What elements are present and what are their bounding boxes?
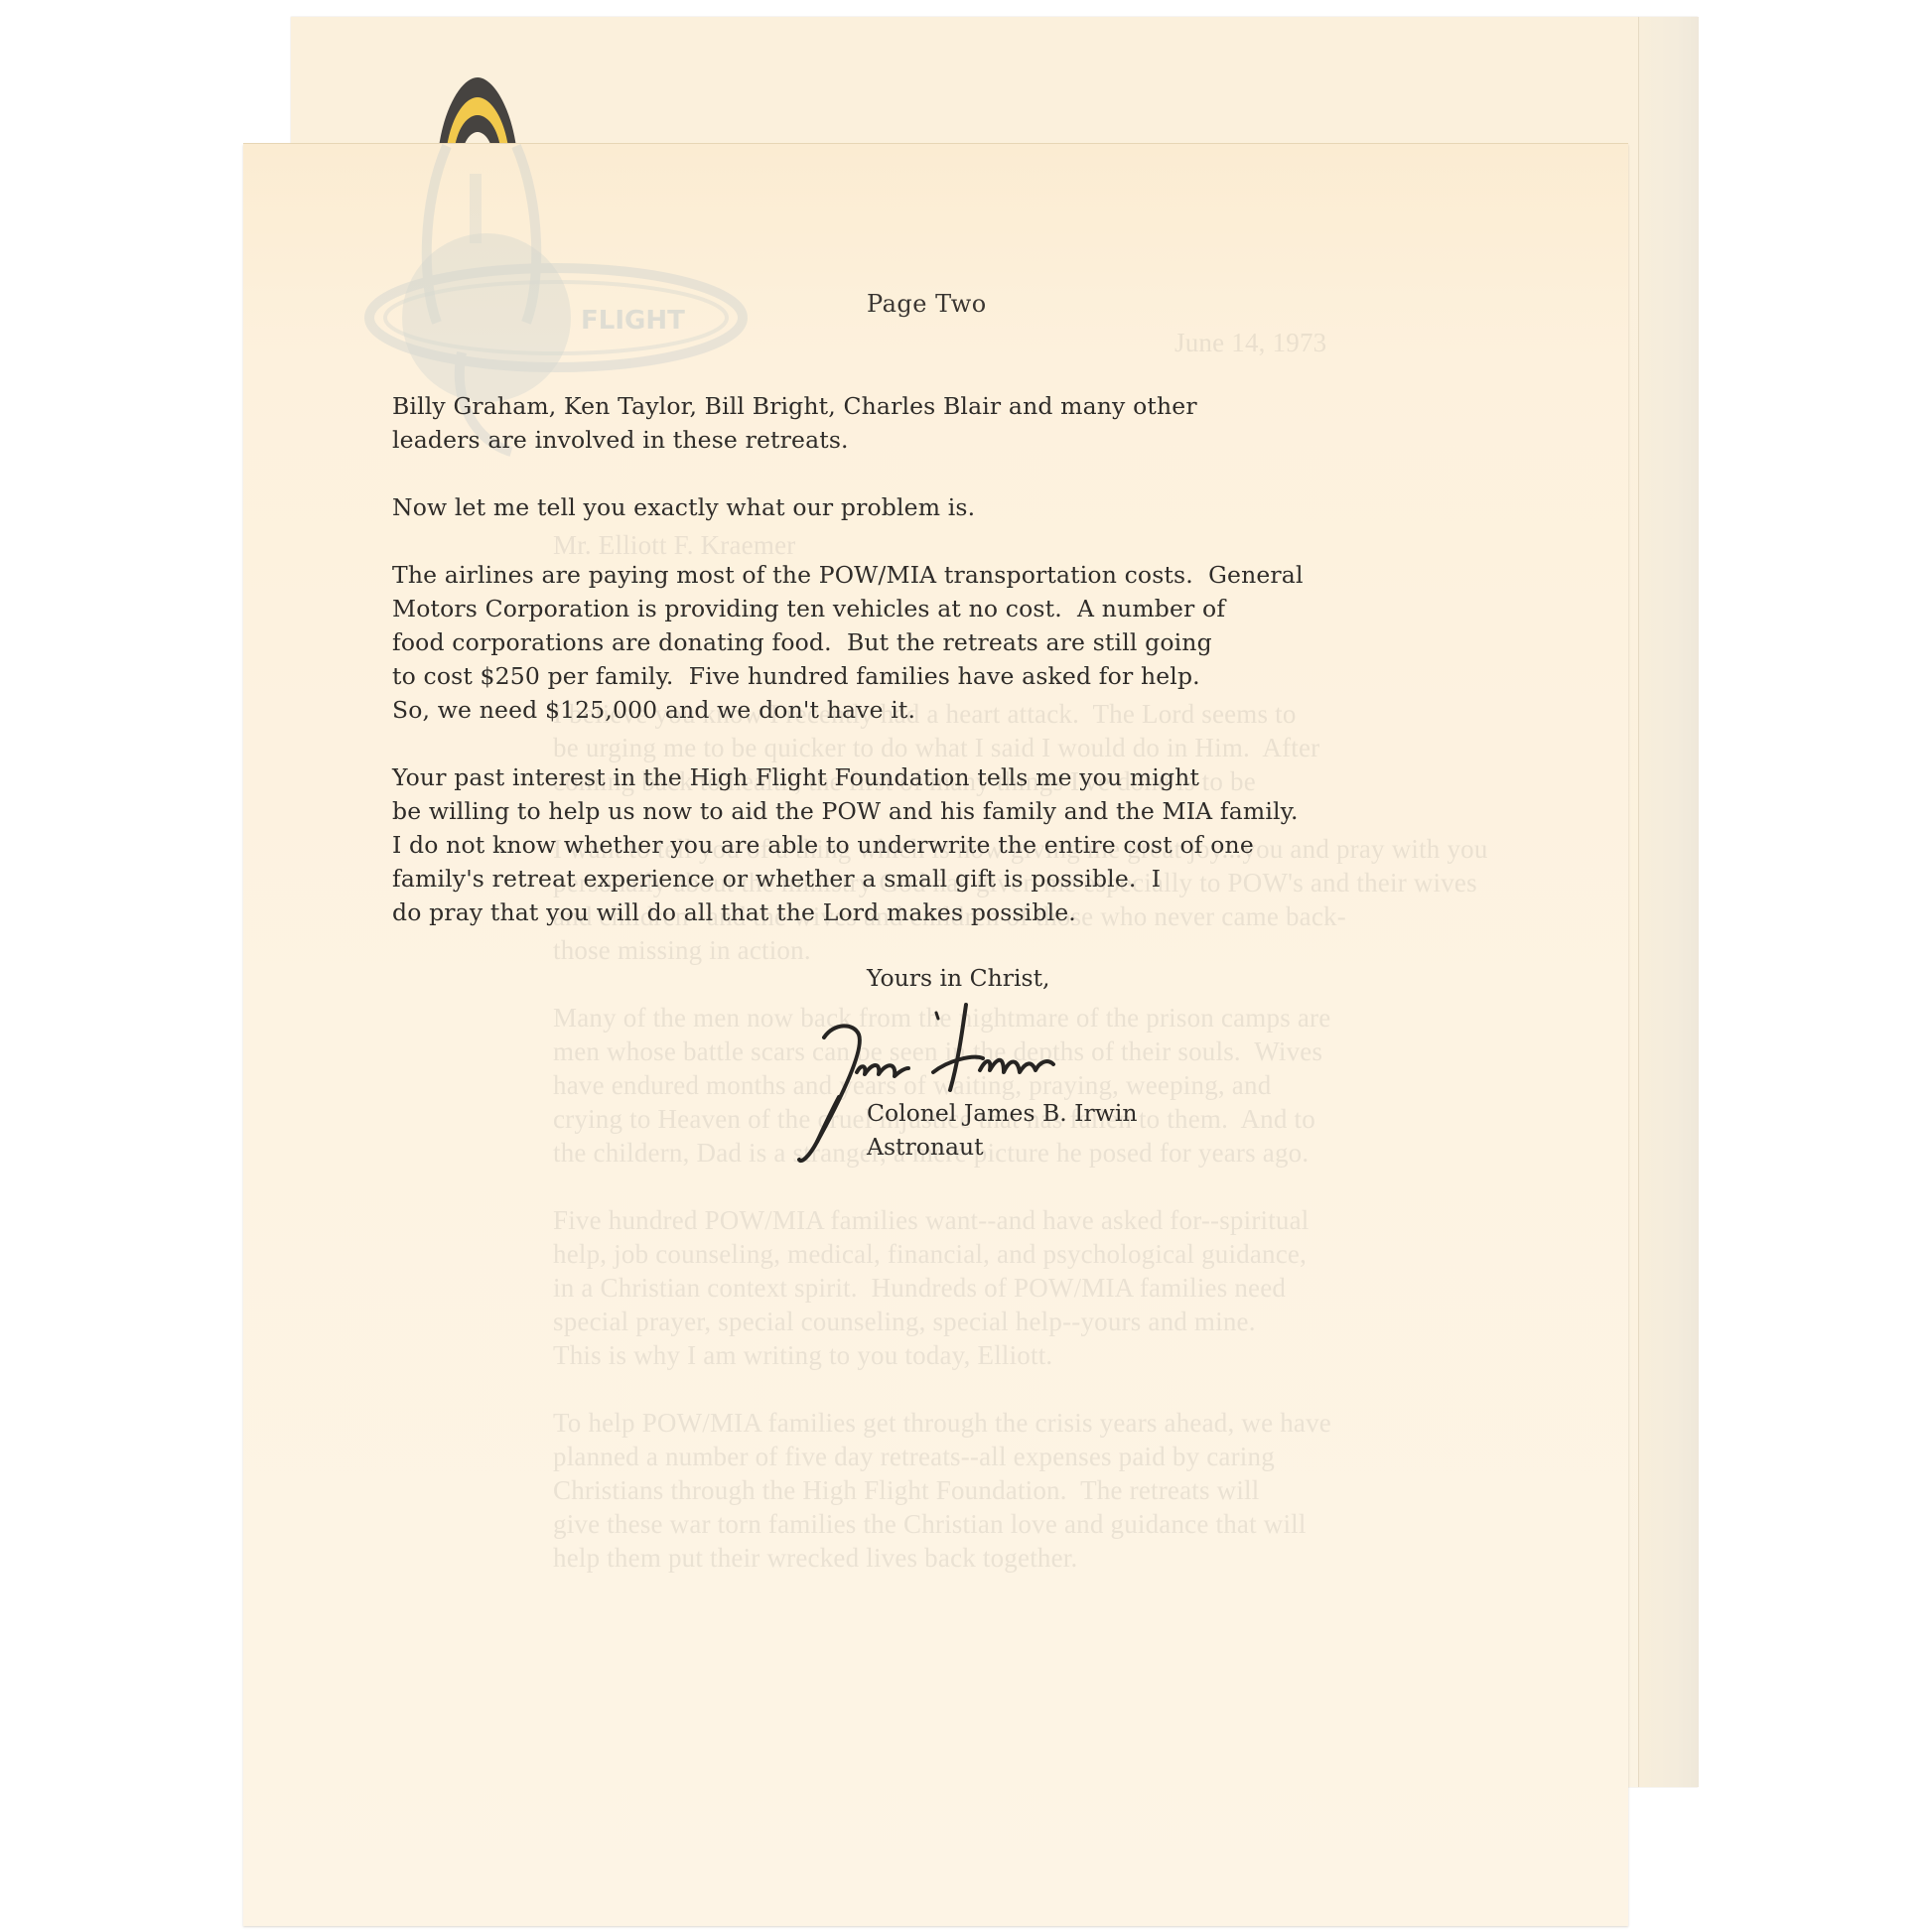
letter-line: be willing to help us now to aid the POW… bbox=[392, 794, 1534, 828]
letter-line: Motors Corporation is providing ten vehi… bbox=[392, 592, 1534, 625]
letter-line: I do not know whether you are able to un… bbox=[392, 828, 1534, 862]
letter-paragraph: Your past interest in the High Flight Fo… bbox=[392, 760, 1534, 929]
letter-line: The airlines are paying most of the POW/… bbox=[392, 558, 1534, 592]
page-header: Page Two bbox=[867, 290, 987, 318]
letter-line: Billy Graham, Ken Taylor, Bill Bright, C… bbox=[392, 389, 1534, 423]
letter-line: leaders are involved in these retreats. bbox=[392, 423, 1534, 457]
letter-line: do pray that you will do all that the Lo… bbox=[392, 896, 1534, 929]
back-page-edge bbox=[1638, 17, 1699, 1787]
letter-line: Now let me tell you exactly what our pro… bbox=[392, 490, 1534, 524]
letter-line: So, we need $125,000 and we don't have i… bbox=[392, 693, 1534, 727]
signer-name: Colonel James B. Irwin bbox=[867, 1096, 1137, 1130]
closing-salutation: Yours in Christ, bbox=[867, 961, 1049, 995]
high-flight-logo-icon bbox=[437, 77, 518, 147]
svg-text:FLIGHT: FLIGHT bbox=[581, 306, 685, 336]
letter-line: food corporations are donating food. But… bbox=[392, 625, 1534, 659]
letter-paragraph: Billy Graham, Ken Taylor, Bill Bright, C… bbox=[392, 389, 1534, 457]
letter-line: family's retreat experience or whether a… bbox=[392, 862, 1534, 896]
letter-paragraph: Now let me tell you exactly what our pro… bbox=[392, 490, 1534, 524]
letter-line: Your past interest in the High Flight Fo… bbox=[392, 760, 1534, 794]
bleed-through-date: June 14, 1973 bbox=[1174, 326, 1326, 359]
signer-block: Colonel James B. Irwin Astronaut bbox=[867, 1096, 1137, 1164]
letter-body: Billy Graham, Ken Taylor, Bill Bright, C… bbox=[392, 389, 1534, 963]
letter-line: to cost $250 per family. Five hundred fa… bbox=[392, 659, 1534, 693]
letter-paragraph: The airlines are paying most of the POW/… bbox=[392, 558, 1534, 727]
signer-title: Astronaut bbox=[867, 1130, 1137, 1164]
